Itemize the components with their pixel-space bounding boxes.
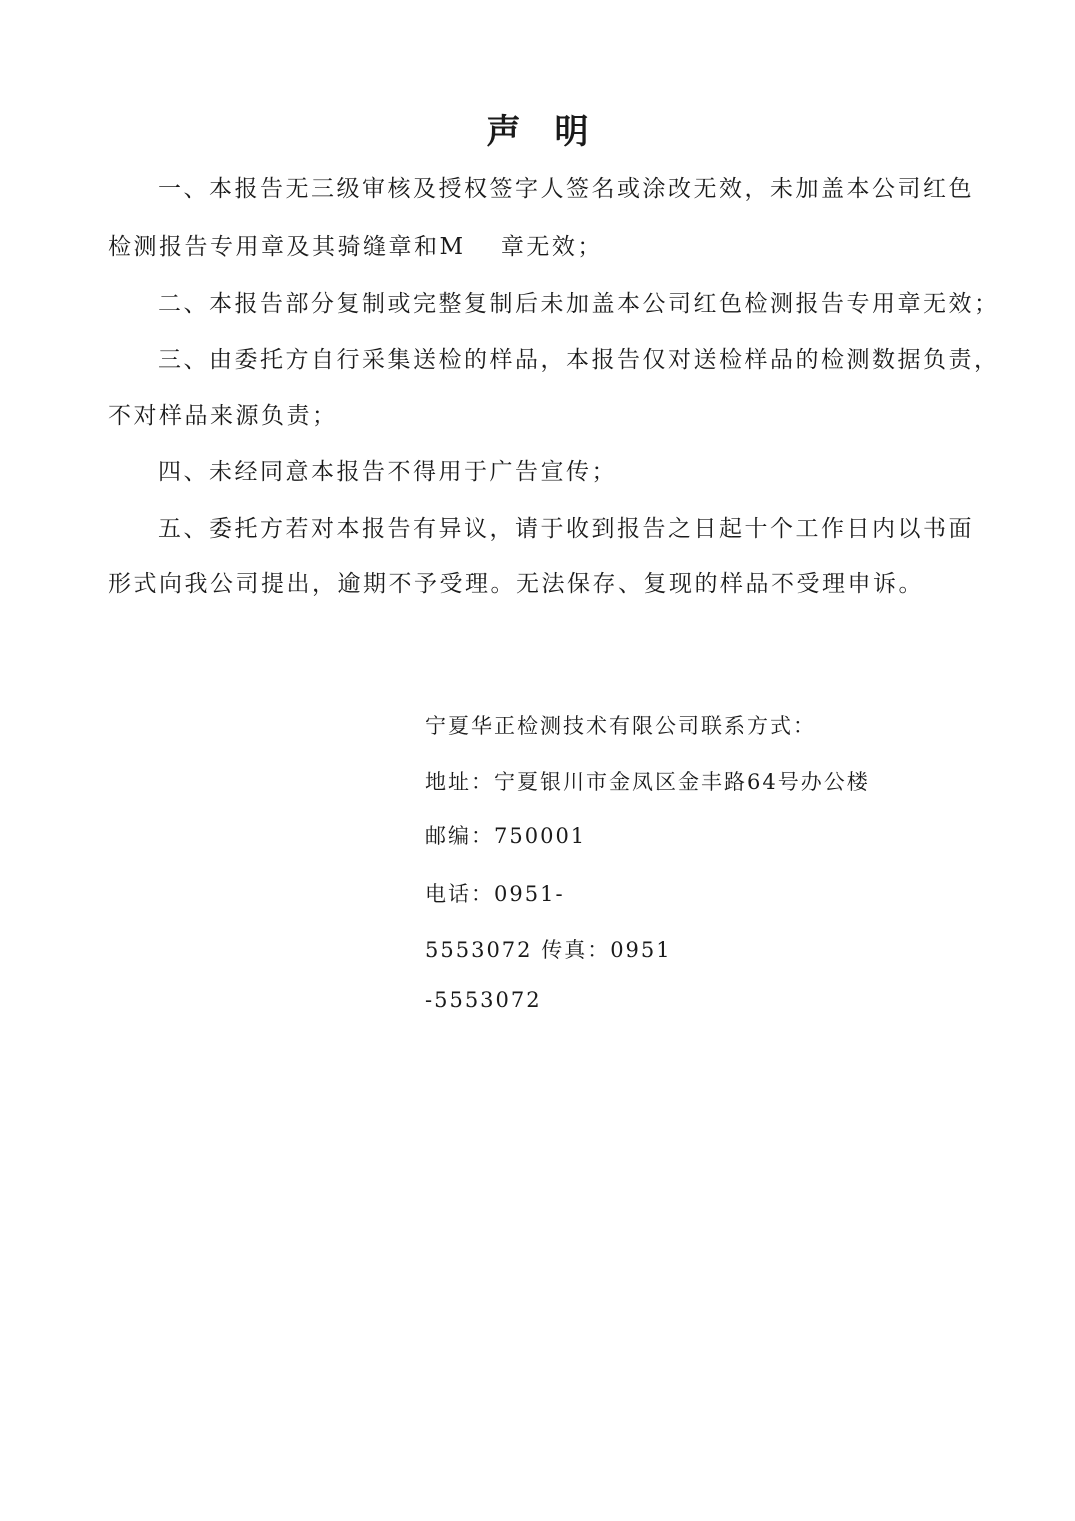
clause-1-line-1: 一、本报告无三级审核及授权签字人签名或涂改无效，未加盖本公司红色 bbox=[108, 170, 974, 203]
clause-5-line-1: 五、委托方若对本报告有异议，请于收到报告之日起十个工作日内以书面 bbox=[108, 510, 974, 543]
clause-3-line-2: 不对样品来源负责； bbox=[108, 397, 338, 430]
contact-phone-line-2: 5553072 传真：0951 bbox=[425, 934, 672, 964]
clause-2-line-1: 二、本报告部分复制或完整复制后未加盖本公司红色检测报告专用章无效； bbox=[108, 285, 1000, 318]
clause-5-line-2: 形式向我公司提出，逾期不予受理。无法保存、复现的样品不受理申诉。 bbox=[108, 565, 924, 598]
contact-fax-line: -5553072 bbox=[425, 988, 542, 1012]
contact-heading: 宁夏华正检测技术有限公司联系方式： bbox=[425, 710, 816, 740]
clause-4-line-1: 四、未经同意本报告不得用于广告宣传； bbox=[108, 453, 617, 486]
clause-3-line-1: 三、由委托方自行采集送检的样品，本报告仅对送检样品的检测数据负责， bbox=[108, 341, 1000, 374]
clause-1-line-2: 检测报告专用章及其骑缝章和M 章无效； bbox=[108, 228, 603, 261]
contact-postcode: 邮编：750001 bbox=[425, 820, 586, 850]
contact-address: 地址：宁夏银川市金凤区金丰路64号办公楼 bbox=[425, 766, 870, 796]
contact-phone-line-1: 电话：0951- bbox=[425, 878, 565, 908]
document-title: 声明 bbox=[0, 104, 1075, 153]
